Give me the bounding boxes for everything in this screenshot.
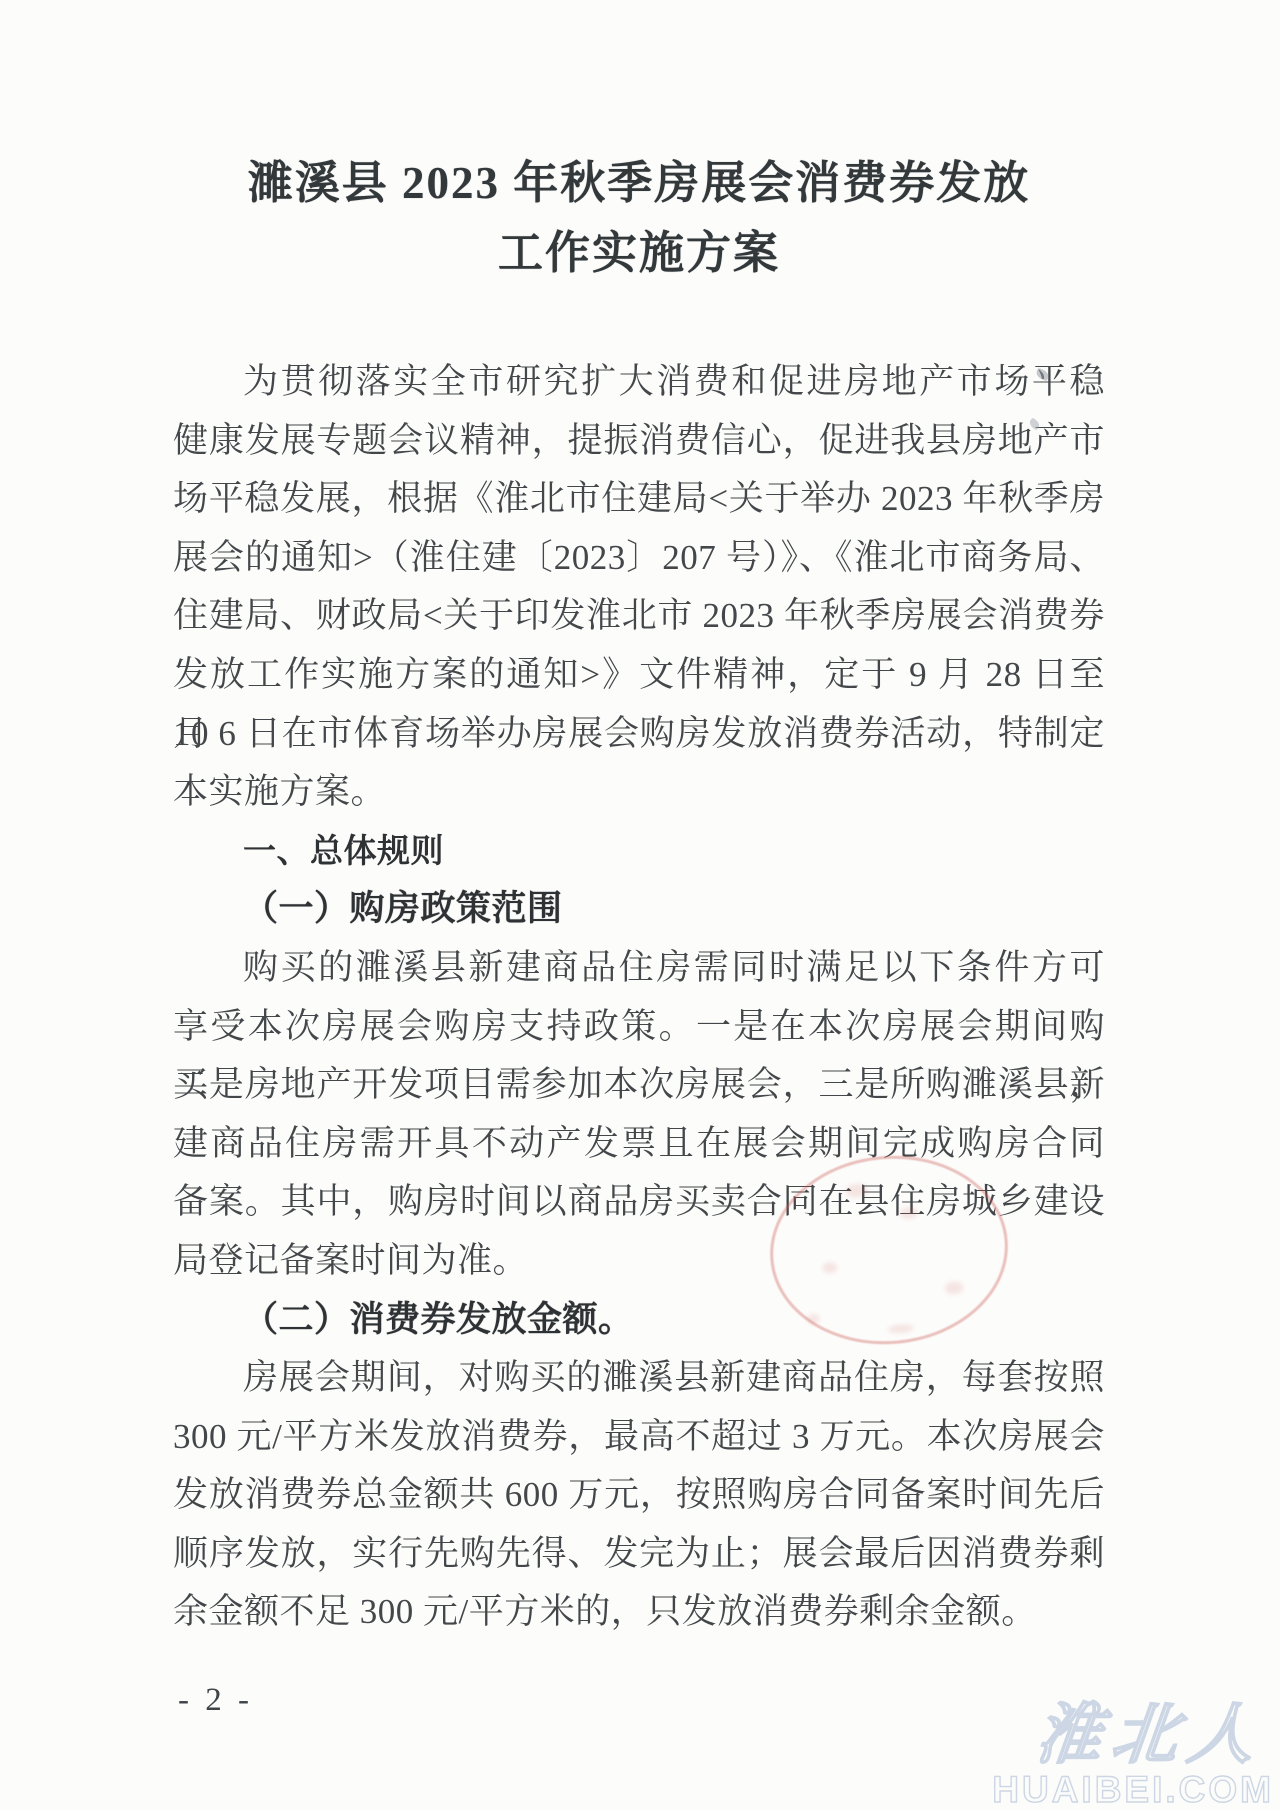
title-line: 工作实施方案 bbox=[173, 218, 1105, 288]
text-line: 发放工作实施方案的通知>》文件精神，定于 9 月 28 日至 10 bbox=[173, 646, 1105, 705]
text-line: 为贯彻落实全市研究扩大消费和促进房地产市场平稳 bbox=[173, 353, 1105, 412]
text-line: 二是房地产开发项目需参加本次房展会，三是所购濉溪县新 bbox=[173, 1056, 1105, 1115]
text-line: 房展会期间，对购买的濉溪县新建商品住房，每套按照 bbox=[173, 1349, 1105, 1408]
text-line: 月 6 日在市体育场举办房展会购房发放消费券活动，特制定 bbox=[173, 705, 1105, 764]
stamp-speck bbox=[899, 1206, 918, 1220]
text-line: 发放消费券总金额共 600 万元，按照购房合同备案时间先后 bbox=[173, 1466, 1105, 1525]
watermark-domain-text: HUAIBEI.COM bbox=[992, 1771, 1274, 1808]
stamp-speck bbox=[944, 1281, 964, 1296]
stamp-speck bbox=[822, 1262, 838, 1274]
text-line: 健康发展专题会议精神，提振消费信心，促进我县房地产市 bbox=[173, 412, 1105, 471]
document-body: 为贯彻落实全市研究扩大消费和促进房地产市场平稳健康发展专题会议精神，提振消费信心… bbox=[173, 353, 1105, 1642]
document-title: 濉溪县 2023 年秋季房展会消费券发放工作实施方案 bbox=[173, 148, 1105, 288]
heading-line: 一、总体规则 bbox=[173, 822, 1105, 881]
text-line: 购买的濉溪县新建商品住房需同时满足以下条件方可 bbox=[173, 939, 1105, 998]
heading-line: （一）购房政策范围 bbox=[173, 880, 1105, 939]
watermark: 淮北人 HUAIBEI.COM bbox=[992, 1703, 1274, 1808]
text-line: 顺序发放，实行先购先得、发完为止；展会最后因消费券剩 bbox=[173, 1525, 1105, 1584]
text-line: 余金额不足 300 元/平方米的，只发放消费券剩余金额。 bbox=[173, 1583, 1105, 1642]
text-line: 建商品住房需开具不动产发票且在展会期间完成购房合同 bbox=[173, 1115, 1105, 1174]
page-number: - 2 - bbox=[178, 1682, 253, 1719]
text-line: 本实施方案。 bbox=[173, 763, 1105, 822]
watermark-chinese-logo: 淮北人 bbox=[989, 1703, 1278, 1769]
text-line: 300 元/平方米发放消费券，最高不超过 3 万元。本次房展会 bbox=[173, 1408, 1105, 1467]
text-line: 享受本次房展会购房支持政策。一是在本次房展会期间购买， bbox=[173, 998, 1105, 1057]
text-line: 住建局、财政局<关于印发淮北市 2023 年秋季房展会消费券 bbox=[173, 587, 1105, 646]
text-line: 场平稳发展，根据《淮北市住建局<关于举办 2023 年秋季房 bbox=[173, 470, 1105, 529]
stamp-speck bbox=[888, 1323, 915, 1334]
scanned-document-page: 濉溪县 2023 年秋季房展会消费券发放工作实施方案 为贯彻落实全市研究扩大消费… bbox=[0, 0, 1280, 1810]
stamp-speck bbox=[806, 1313, 820, 1324]
stamp-speck bbox=[845, 1183, 868, 1199]
title-line: 濉溪县 2023 年秋季房展会消费券发放 bbox=[173, 148, 1105, 218]
text-line: 展会的通知>（淮住建〔2023〕207 号）》、《淮北市商务局、 bbox=[173, 529, 1105, 588]
